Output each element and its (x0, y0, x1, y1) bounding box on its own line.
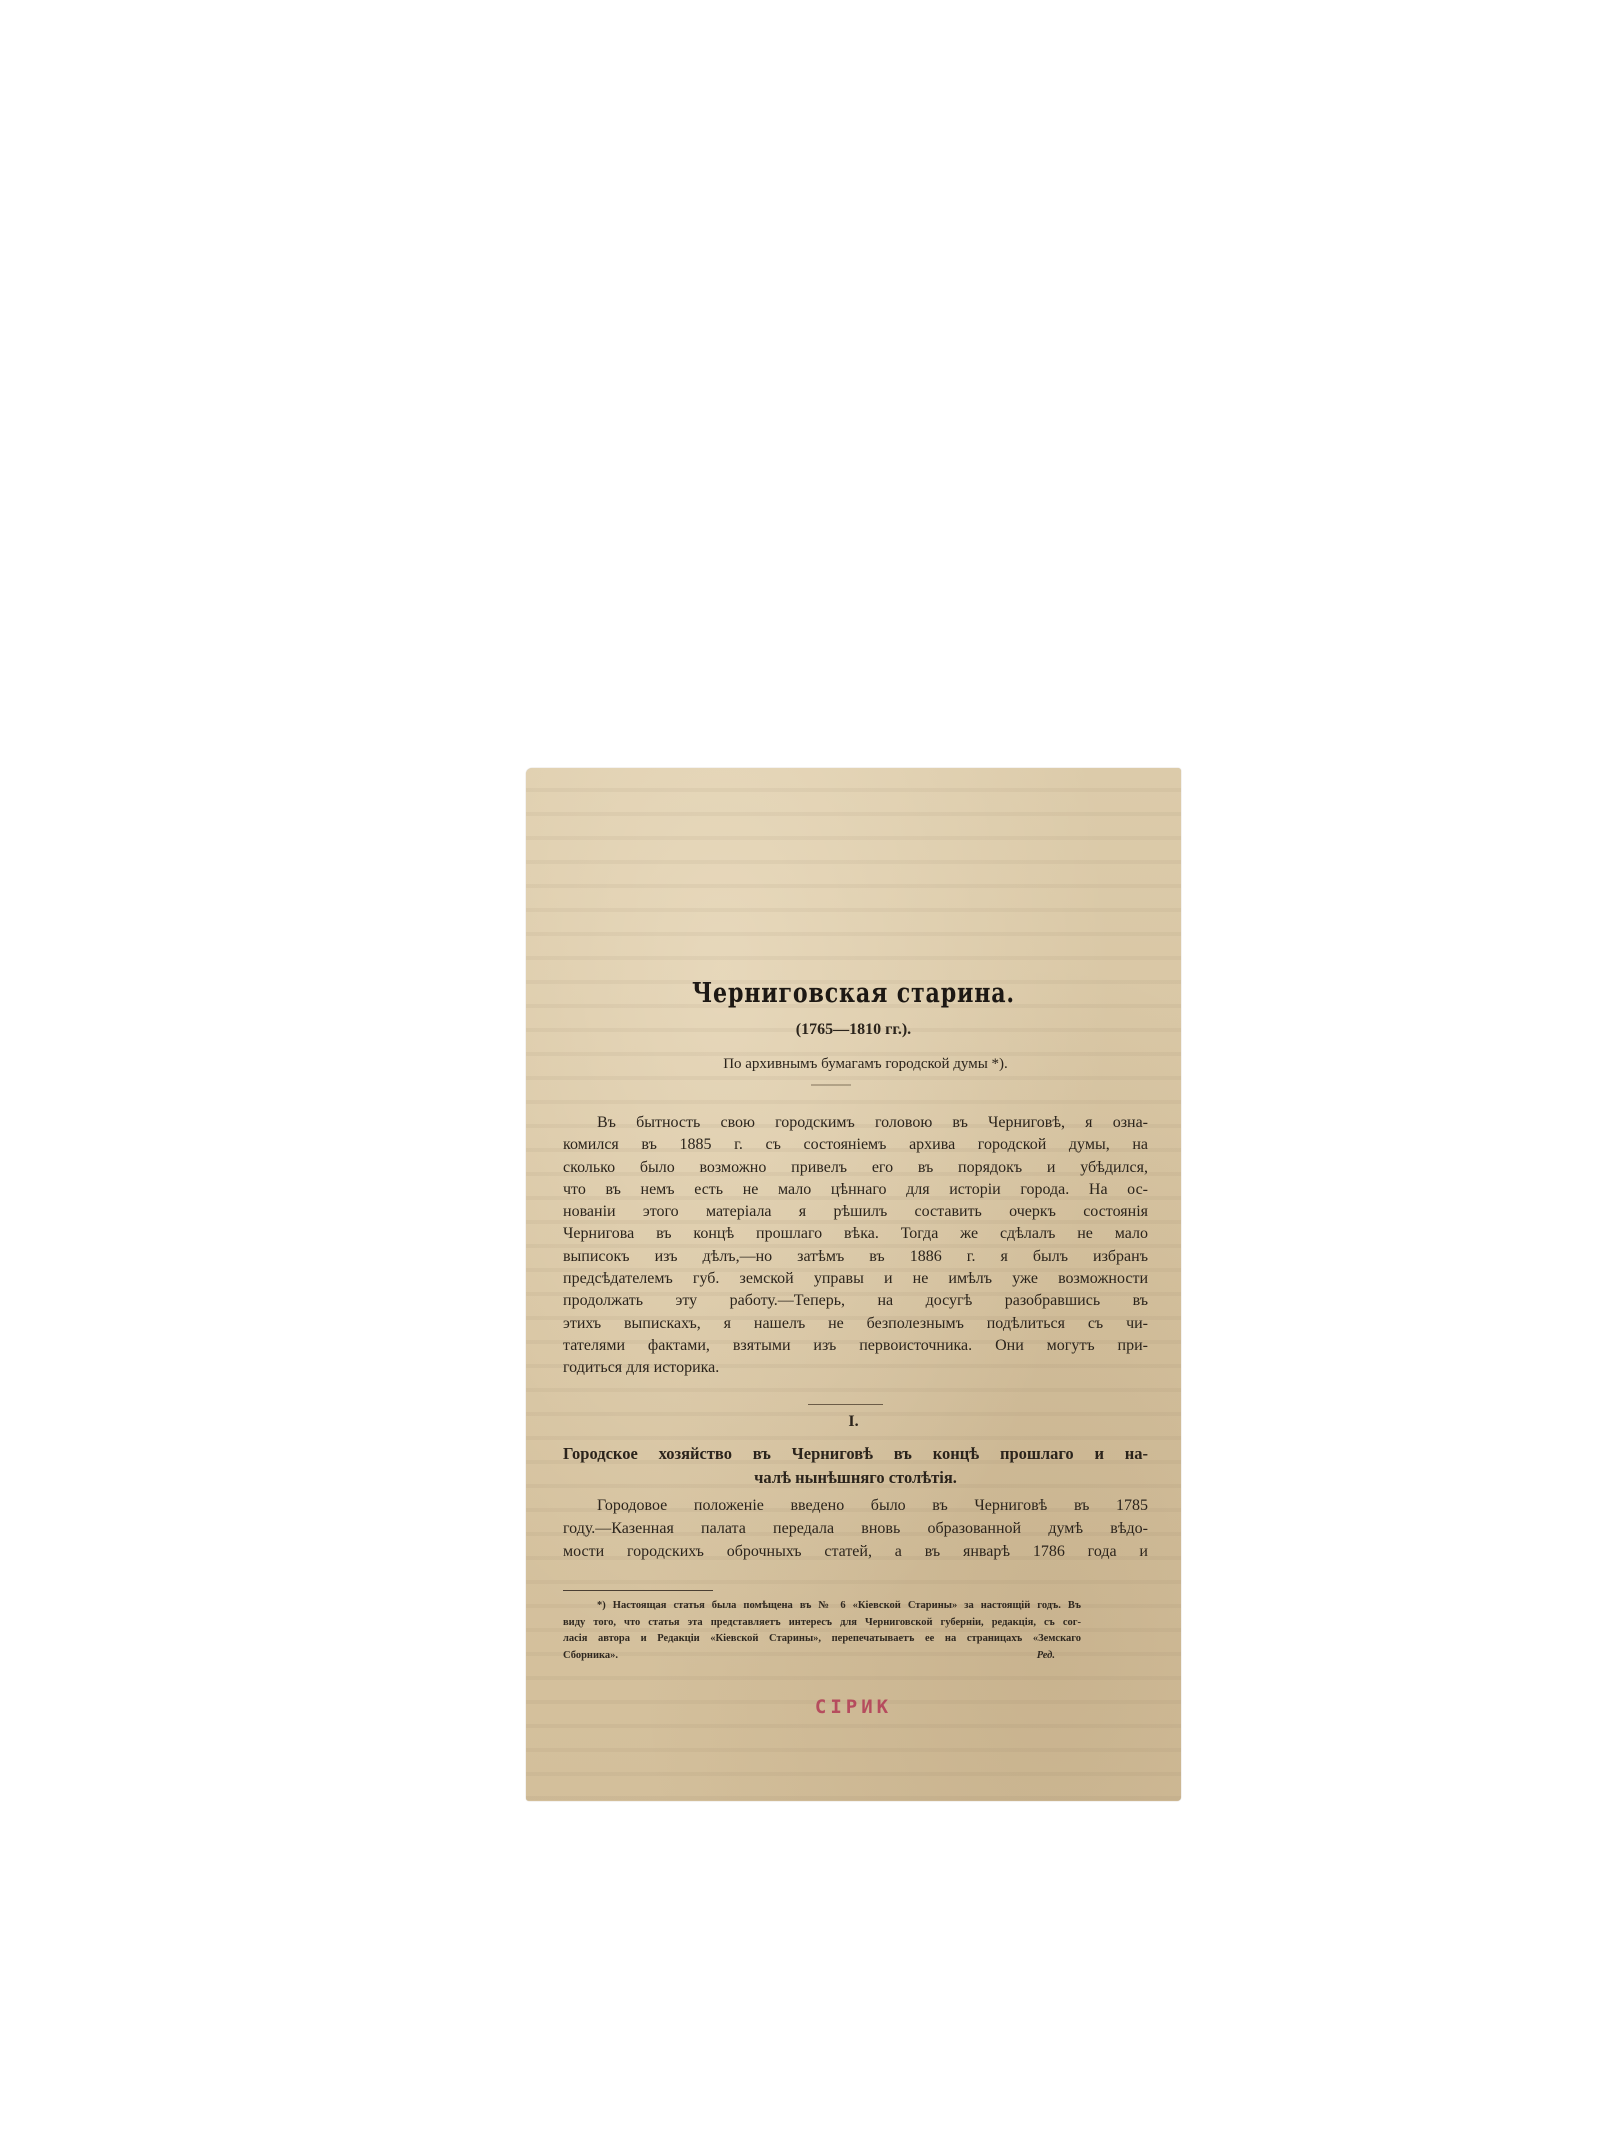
footnote-line: *) Настоящая статья была помѣщена въ № 6… (563, 1598, 1081, 1615)
footnote-line: Сборника». (563, 1648, 618, 1665)
section-paragraph: Городовое положеніе введено было въ Черн… (563, 1494, 1148, 1563)
section-title-line: Городское хозяйство въ Черниговѣ въ конц… (563, 1442, 1148, 1466)
text-line: нованіи этого матеріала я рѣшилъ состави… (563, 1201, 1148, 1223)
ink-stamp: СІРИК (526, 1696, 1181, 1718)
document-dates: (1765—1810 гг.). (526, 1021, 1181, 1039)
text-line: комился въ 1885 г. съ состояніемъ архива… (563, 1134, 1148, 1156)
text-line: Чернигова въ концѣ прошлаго вѣка. Тогда … (563, 1223, 1148, 1245)
section-number: I. (526, 1413, 1181, 1431)
text-line: годиться для историка. (563, 1357, 1148, 1379)
text-line: сколько было возможно привелъ его въ пор… (563, 1157, 1148, 1179)
text-line: Въ бытность свою городскимъ головою въ Ч… (563, 1112, 1148, 1134)
section-separator (808, 1404, 883, 1405)
footnote-last-line: Сборника». Ред. (563, 1648, 1081, 1665)
intro-paragraph: Въ бытность свою городскимъ головою въ Ч… (563, 1112, 1148, 1380)
text-line: году.—Казенная палата передала вновь обр… (563, 1517, 1148, 1540)
section-title-line: чалѣ нынѣшняго столѣтія. (563, 1466, 1148, 1490)
document-subtitle: По архивнымъ бумагамъ городской думы *). (526, 1056, 1181, 1073)
text-line: мости городскихъ оброчныхъ статей, а въ … (563, 1540, 1148, 1563)
document-page: Черниговская старина. (1765—1810 гг.). П… (526, 768, 1181, 1801)
text-line: Городовое положеніе введено было въ Черн… (563, 1494, 1148, 1517)
document-title: Черниговская старина. (585, 978, 1122, 1009)
section-title: Городское хозяйство въ Черниговѣ въ конц… (563, 1442, 1148, 1490)
text-line: тателями фактами, взятыми изъ первоисточ… (563, 1335, 1148, 1357)
footnote-line: виду того, что статья эта представляетъ … (563, 1615, 1081, 1632)
text-line: предсѣдателемъ губ. земской управы и не … (563, 1268, 1148, 1290)
text-line: что въ немъ есть не мало цѣннаго для ист… (563, 1179, 1148, 1201)
text-line: выписокъ изъ дѣлъ,—но затѣмъ въ 1886 г. … (563, 1246, 1148, 1268)
subtitle-rule (811, 1084, 851, 1086)
footnote-signature: Ред. (1037, 1648, 1081, 1665)
footnote-line: ласія автора и Редакціи «Кіевской Старин… (563, 1631, 1081, 1648)
footnote-rule (563, 1590, 713, 1591)
text-line: продолжать эту работу.—Теперь, на досугѣ… (563, 1290, 1148, 1312)
text-line: этихъ выпискахъ, я нашелъ не безполезным… (563, 1313, 1148, 1335)
footnote: *) Настоящая статья была помѣщена въ № 6… (563, 1598, 1081, 1664)
